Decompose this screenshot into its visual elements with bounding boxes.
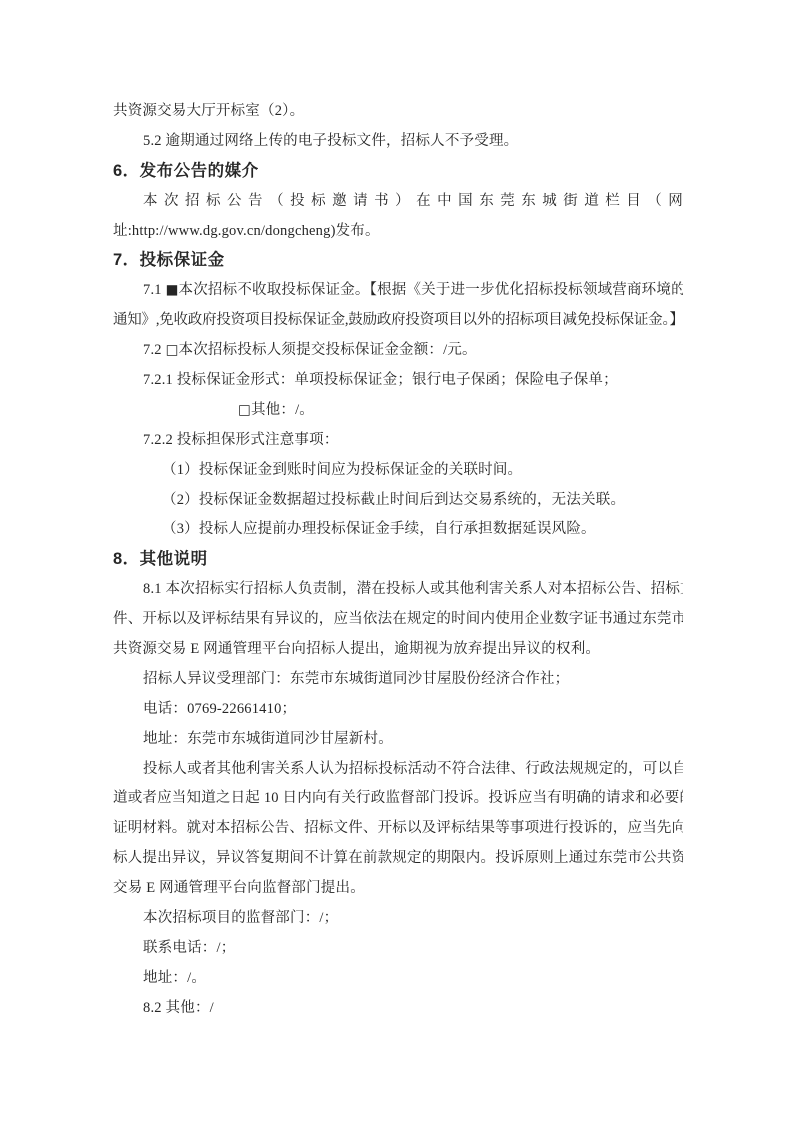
clause-7-2-2-line: 7.2.2 投标担保形式注意事项：: [113, 426, 683, 456]
clause-8-1-line-1: 8.1 本次招标实行招标人负责制，潜在投标人或其他利害关系人对本招标公告、招标文: [113, 575, 683, 605]
section-6-paragraph-line-2: 址:http://www.dg.gov.cn/dongcheng)发布。: [113, 217, 683, 247]
deposit-note-2: （2）投标保证金数据超过投标截止时间后到达交易系统的，无法关联。: [113, 486, 683, 516]
section-6-heading: 6．发布公告的媒介: [113, 157, 683, 187]
clause-5-1-continuation-text: 共资源交易大厅开标室（2）。: [113, 97, 683, 127]
clause-7-2-text: 本次招标投标人须提交投标保证金金额：/元。: [179, 342, 477, 358]
clause-7-1-text: 本次招标不收取投标保证金。【根据《关于进一步优化招标投标领域营商环境的: [179, 282, 683, 298]
document-page: 共资源交易大厅开标室（2）。 5.2 逾期通过网络上传的电子投标文件，招标人不予…: [0, 0, 794, 1123]
clause-7-2-1-other-option: □其他：/。: [113, 396, 683, 426]
clause-7-1-line-1: 7.1 ■本次招标不收取投标保证金。【根据《关于进一步优化招标投标领域营商环境的: [113, 276, 683, 306]
complaint-paragraph-line-1: 投标人或者其他利害关系人认为招标投标活动不符合法律、行政法规规定的，可以自知: [113, 755, 683, 785]
objection-address-line: 地址：东莞市东城街道同沙甘屋新村。: [113, 725, 683, 755]
clause-8-1-line-2: 件、开标以及评标结果有异议的，应当依法在规定的时间内使用企业数字证书通过东莞市公: [113, 605, 683, 635]
clause-5-2-text: 5.2 逾期通过网络上传的电子投标文件，招标人不予受理。: [113, 127, 683, 157]
document-text-block: 共资源交易大厅开标室（2）。 5.2 逾期通过网络上传的电子投标文件，招标人不予…: [113, 97, 683, 1024]
clause-7-2-number: 7.2: [143, 342, 166, 358]
supervision-phone-line: 联系电话：/；: [113, 934, 683, 964]
deposit-note-1: （1）投标保证金到账时间应为投标保证金的关联时间。: [113, 456, 683, 486]
checkbox-unchecked-icon: □: [166, 342, 179, 358]
complaint-paragraph-line-4: 标人提出异议，异议答复期间不计算在前款规定的期限内。投诉原则上通过东莞市公共资源: [113, 844, 683, 874]
complaint-paragraph-line-2: 道或者应当知道之日起 10 日内向有关行政监督部门投诉。投诉应当有明确的请求和必…: [113, 784, 683, 814]
section-7-heading: 7．投标保证金: [113, 246, 683, 276]
clause-8-1-line-3: 共资源交易 E 网通管理平台向招标人提出，逾期视为放弃提出异议的权利。: [113, 635, 683, 665]
objection-phone-line: 电话：0769-22661410；: [113, 695, 683, 725]
clause-7-1-line-2: 通知》,免收政府投资项目投标保证金,鼓励政府投资项目以外的招标项目减免投标保证金…: [113, 306, 683, 336]
supervision-department-line: 本次招标项目的监督部门：/；: [113, 904, 683, 934]
section-6-paragraph-line-1: 本 次 招 标 公 告 （ 投 标 邀 请 书 ） 在 中 国 东 莞 东 城 …: [113, 187, 683, 217]
other-option-text: 其他：/。: [251, 402, 314, 418]
clause-7-2-1-line: 7.2.1 投标保证金形式：单项投标保证金；银行电子保函；保险电子保单；: [113, 366, 683, 396]
checkbox-unchecked-icon: □: [238, 402, 251, 418]
complaint-paragraph-line-3: 证明材料。就对本招标公告、招标文件、开标以及评标结果等事项进行投诉的，应当先向招: [113, 814, 683, 844]
supervision-address-line: 地址：/。: [113, 964, 683, 994]
clause-8-2-line: 8.2 其他：/: [113, 994, 683, 1024]
clause-7-1-number: 7.1: [143, 282, 166, 298]
objection-department-line: 招标人异议受理部门：东莞市东城街道同沙甘屋股份经济合作社；: [113, 665, 683, 695]
checkbox-checked-icon: ■: [166, 282, 179, 298]
complaint-paragraph-line-5: 交易 E 网通管理平台向监督部门提出。: [113, 874, 683, 904]
clause-7-2-line: 7.2 □本次招标投标人须提交投标保证金金额：/元。: [113, 336, 683, 366]
section-8-heading: 8．其他说明: [113, 545, 683, 575]
deposit-note-3: （3）投标人应提前办理投标保证金手续，自行承担数据延误风险。: [113, 515, 683, 545]
